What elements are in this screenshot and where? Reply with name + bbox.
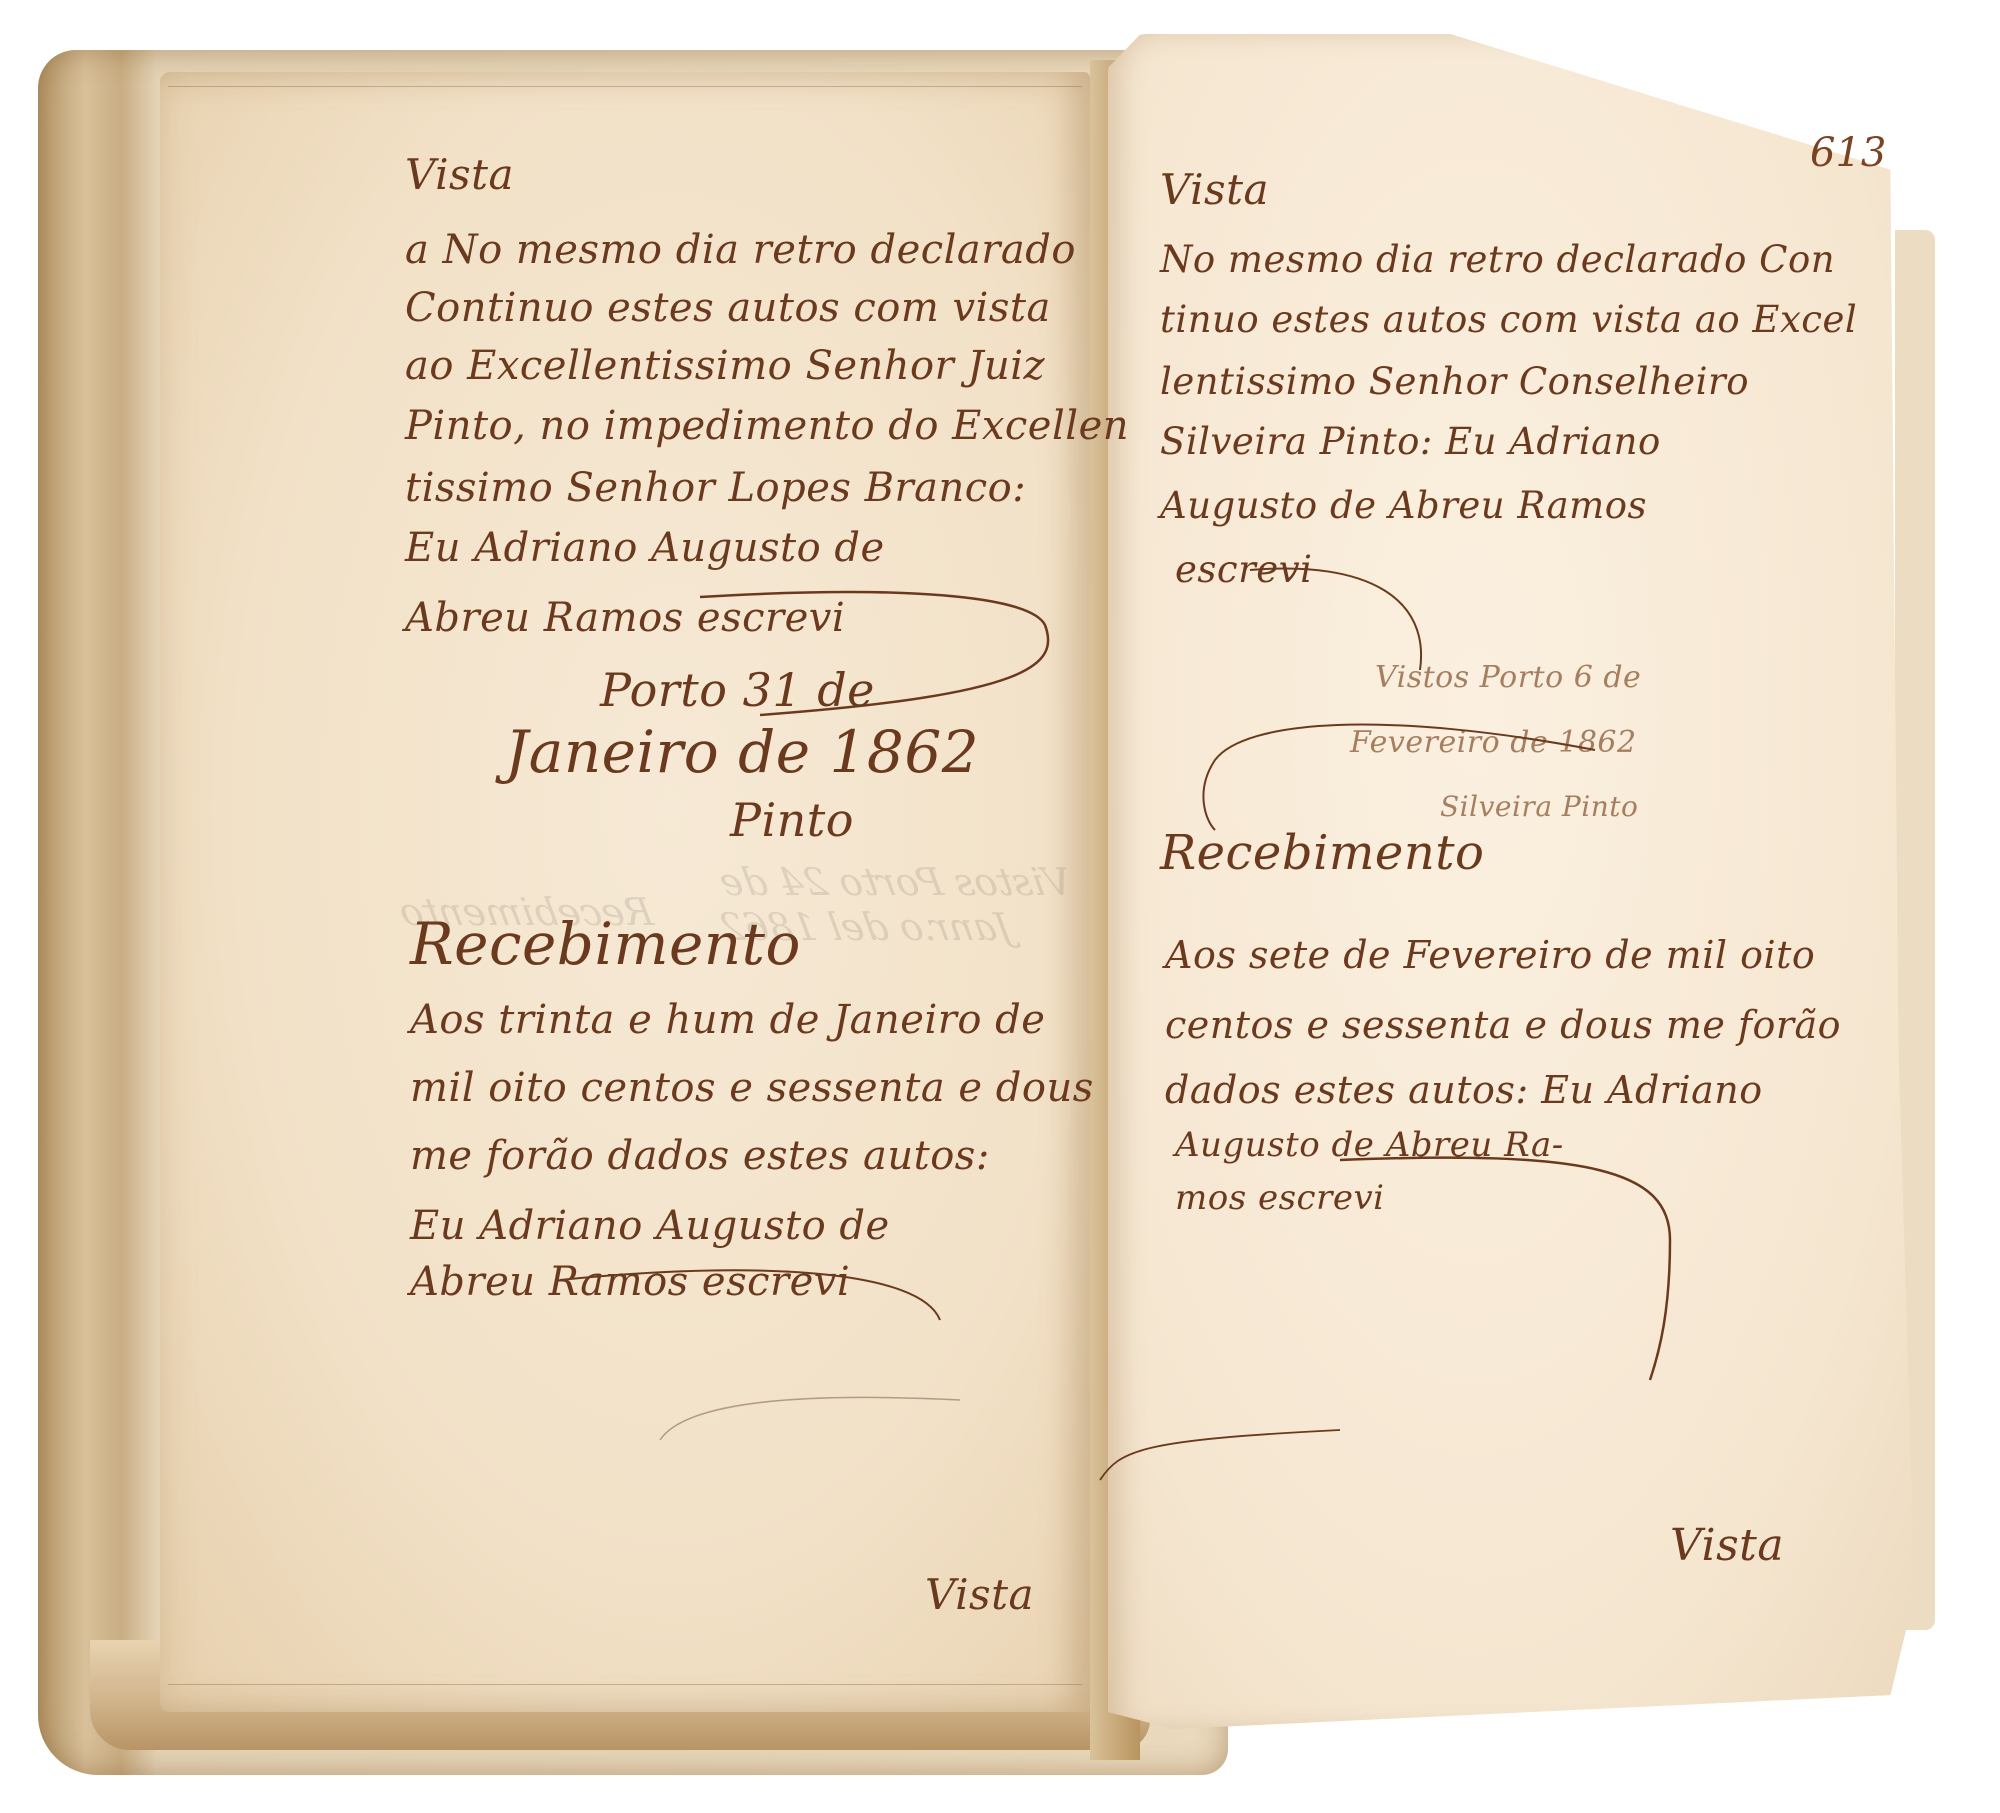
- right-signature: Silveira Pinto: [1440, 790, 1638, 823]
- manuscript-line: dados estes autos: Eu Adriano: [1165, 1060, 1763, 1120]
- manuscript-line: mil oito centos e sessenta e dous: [410, 1058, 1094, 1118]
- bleed-through-text: Vistos Porto 24 de: [716, 860, 1074, 904]
- manuscript-line: tissimo Senhor Lopes Branco:: [405, 458, 1026, 518]
- paraph-flourish-icon: [1340, 1150, 1700, 1490]
- right-footer-catchword: Vista: [1670, 1520, 1784, 1571]
- left-footer-catchword: Vista: [925, 1570, 1034, 1619]
- right-received-heading: Recebimento: [1160, 825, 1484, 881]
- manuscript-line: ao Excellentissimo Senhor Juiz: [405, 336, 1045, 396]
- manuscript-line: me forão dados estes autos:: [410, 1126, 990, 1186]
- manuscript-line: Silveira Pinto: Eu Adriano: [1160, 412, 1661, 472]
- left-received-heading: Recebimento: [410, 910, 801, 978]
- paraph-flourish-icon: [560, 1240, 980, 1440]
- manuscript-line: Augusto de Abreu Ramos: [1160, 476, 1647, 536]
- manuscript-line: lentissimo Senhor Conselheiro: [1160, 352, 1749, 412]
- left-signature: Pinto: [730, 790, 854, 850]
- right-heading-vista: Vista: [1160, 165, 1269, 214]
- manuscript-line: Continuo estes autos com vista: [405, 278, 1051, 338]
- left-heading-vista: Vista: [405, 150, 514, 199]
- page-rule-top: [168, 86, 1082, 87]
- right-dateline-place: Vistos Porto 6 de: [1375, 660, 1641, 695]
- page-rule-bottom: [168, 1684, 1082, 1685]
- folio-number: 613: [1810, 130, 1886, 176]
- manuscript-line: Aos sete de Fevereiro de mil oito: [1165, 925, 1815, 985]
- manuscript-line: a No mesmo dia retro declarado: [405, 220, 1076, 280]
- manuscript-line: Aos trinta e hum de Janeiro de: [410, 990, 1045, 1050]
- left-dateline-place: Porto 31 de: [600, 660, 875, 720]
- manuscript-line: centos e sessenta e dous me forão: [1165, 995, 1841, 1055]
- left-dateline-date: Janeiro de 1862: [505, 718, 979, 786]
- manuscript-line: Pinto, no impedimento do Excellen: [405, 396, 1129, 456]
- manuscript-line: tinuo estes autos com vista ao Excel: [1160, 290, 1857, 350]
- manuscript-line: Eu Adriano Augusto de: [405, 518, 885, 578]
- manuscript-line: No mesmo dia retro declarado Con: [1160, 230, 1835, 290]
